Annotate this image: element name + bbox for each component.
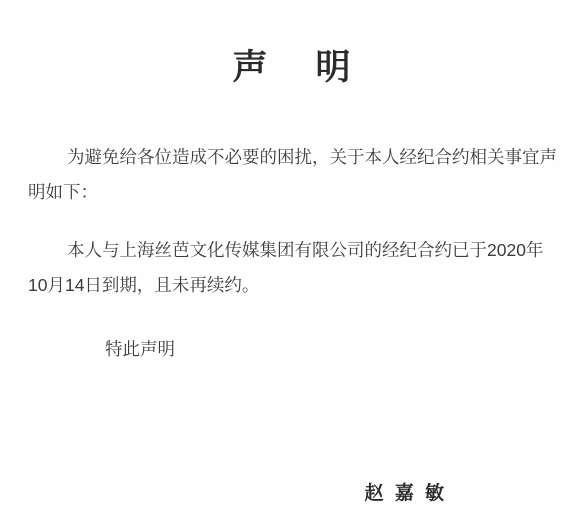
signature-name: 赵 嘉 敏	[28, 476, 555, 511]
paragraph-contract-line-2: 10月14日到期，且未再续约。	[28, 268, 555, 303]
statement-page: 声明 为避免给各位造成不必要的困扰，关于本人经纪合约相关事宜声 明如下： 本人与…	[0, 0, 583, 531]
closing-statement: 特此声明	[28, 332, 555, 367]
statement-title: 声明	[28, 47, 555, 89]
paragraph-intro-line-1: 为避免给各位造成不必要的困扰，关于本人经纪合约相关事宜声	[28, 140, 555, 175]
paragraph-intro-line-2: 明如下：	[28, 175, 555, 210]
paragraph-contract: 本人与上海丝芭文化传媒集团有限公司的经纪合约已于2020年 10月14日到期，且…	[28, 233, 555, 303]
paragraph-contract-line-1: 本人与上海丝芭文化传媒集团有限公司的经纪合约已于2020年	[28, 233, 555, 268]
paragraph-intro: 为避免给各位造成不必要的困扰，关于本人经纪合约相关事宜声 明如下：	[28, 140, 555, 210]
